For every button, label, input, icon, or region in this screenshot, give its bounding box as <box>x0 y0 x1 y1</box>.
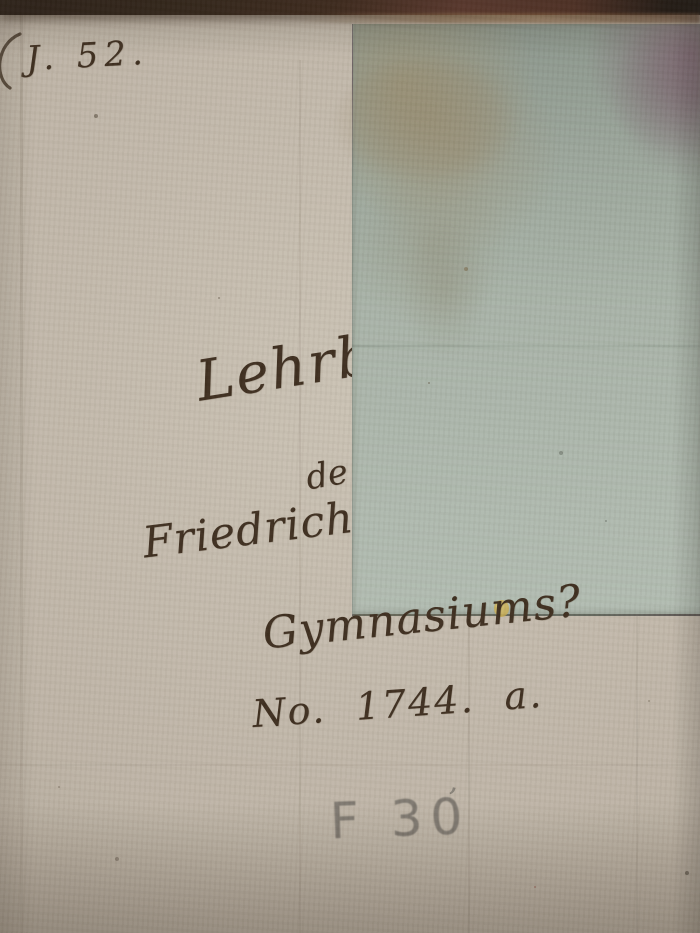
paper-crease-left <box>20 0 23 933</box>
inscription-line2-de: de <box>303 452 351 499</box>
damp-stain-lower <box>385 190 505 390</box>
truncated-flourish-mark <box>0 30 24 100</box>
book-edge-grit <box>300 13 700 23</box>
paper-crease-horizontal <box>0 764 700 766</box>
paper-crease-right-lower <box>468 614 470 933</box>
document-photo: J. 52. Lehrb de Friedrichs= Gymnasiums? … <box>0 0 700 933</box>
shelfmark-inscription: J. 52. <box>25 33 150 79</box>
inscription-line5-number: No. 1744. a. <box>251 672 545 736</box>
paper-crease-center <box>299 60 301 933</box>
inscription-line1-lehrb: Lehrb <box>192 322 379 414</box>
paper-crease-far-right-lower <box>636 614 638 933</box>
